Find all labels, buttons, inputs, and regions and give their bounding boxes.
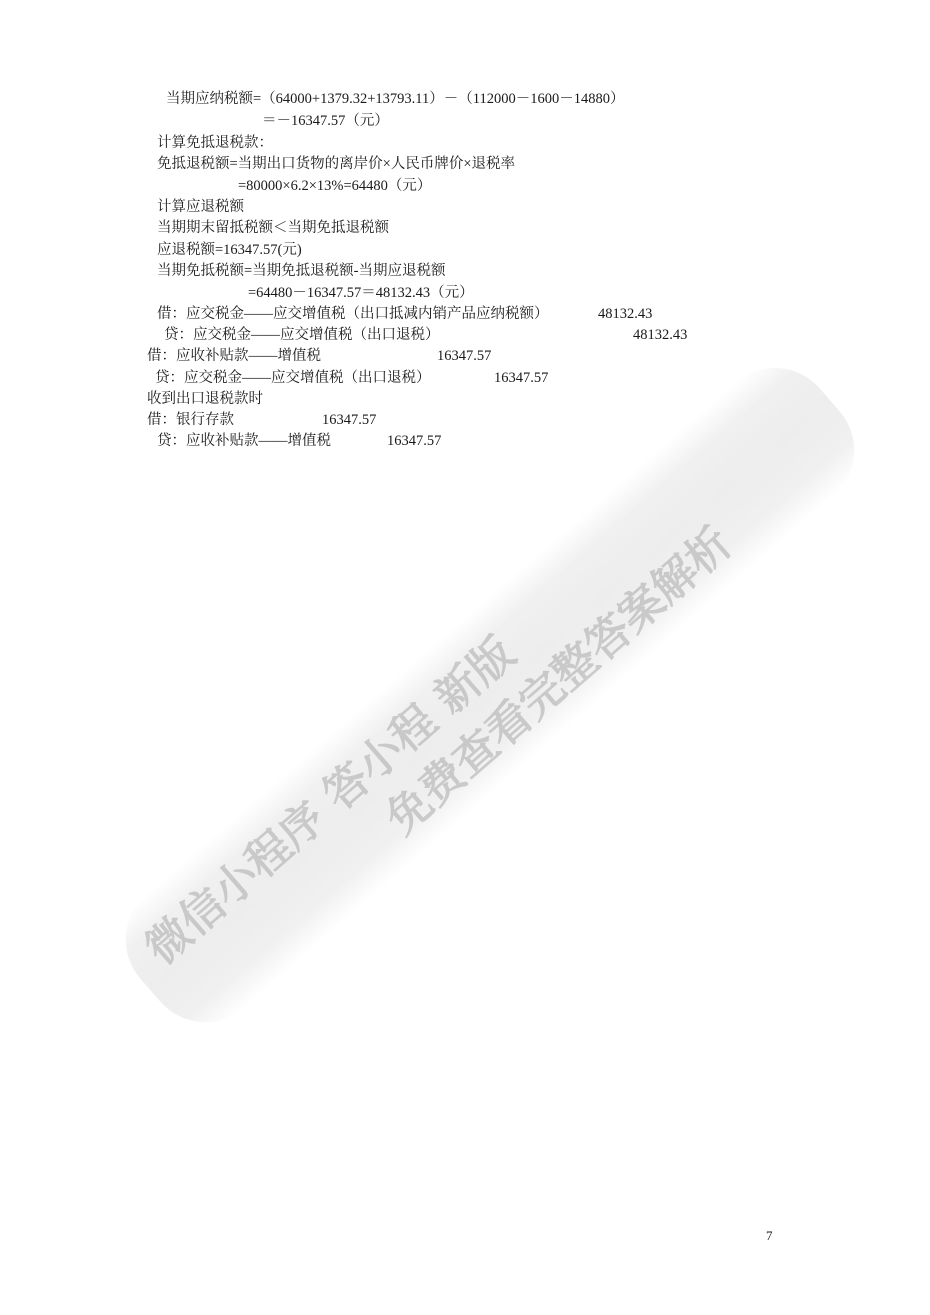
text-line: =80000×6.2×13%=64480（元）: [238, 177, 431, 195]
text-line: 计算免抵退税款：: [157, 134, 273, 152]
journal-entry-amount: 16347.57: [387, 432, 441, 450]
text-line: ＝－16347.57（元）: [262, 112, 389, 130]
text-line: 应退税额=16347.57(元): [157, 241, 302, 259]
journal-entry-label: 贷：应收补贴款——增值税: [157, 432, 331, 450]
text-line: =64480－16347.57＝48132.43（元）: [248, 284, 474, 302]
watermark: 微信小程序 答小程 新版 免费查看完整答案解析: [0, 0, 930, 1315]
watermark-line-1: 微信小程序 答小程 新版: [129, 619, 526, 976]
journal-entry-label: 贷：应交税金——应交增值税（出口退税）: [155, 369, 431, 387]
journal-entry-amount: 16347.57: [322, 411, 376, 429]
text-line: 计算应退税额: [157, 198, 244, 216]
text-line: 免抵退税额=当期出口货物的离岸价×人民币牌价×退税率: [157, 155, 515, 173]
journal-entry-amount: 48132.43: [598, 305, 652, 323]
journal-entry-amount: 16347.57: [494, 369, 548, 387]
journal-entry-label: 贷：应交税金——应交增值税（出口退税）: [164, 326, 440, 344]
journal-entry-amount: 48132.43: [633, 326, 687, 344]
journal-entry-label: 借：应交税金——应交增值税（出口抵减内销产品应纳税额）: [157, 305, 549, 323]
journal-entry-amount: 16347.57: [437, 347, 491, 365]
watermark-line-2: 免费查看完整答案解析: [369, 509, 743, 846]
journal-entry-label: 借：应收补贴款——增值税: [147, 347, 321, 365]
text-line: 当期应纳税额=（64000+1379.32+13793.11）－（112000－…: [166, 90, 624, 108]
text-line: 当期免抵税额=当期免抵退税额-当期应退税额: [157, 262, 446, 280]
journal-entry-label: 收到出口退税款时: [147, 390, 263, 408]
page-number: 7: [766, 1228, 773, 1244]
journal-entry-label: 借：银行存款: [147, 411, 234, 429]
text-line: 当期期末留抵税额＜当期免抵退税额: [157, 219, 389, 237]
